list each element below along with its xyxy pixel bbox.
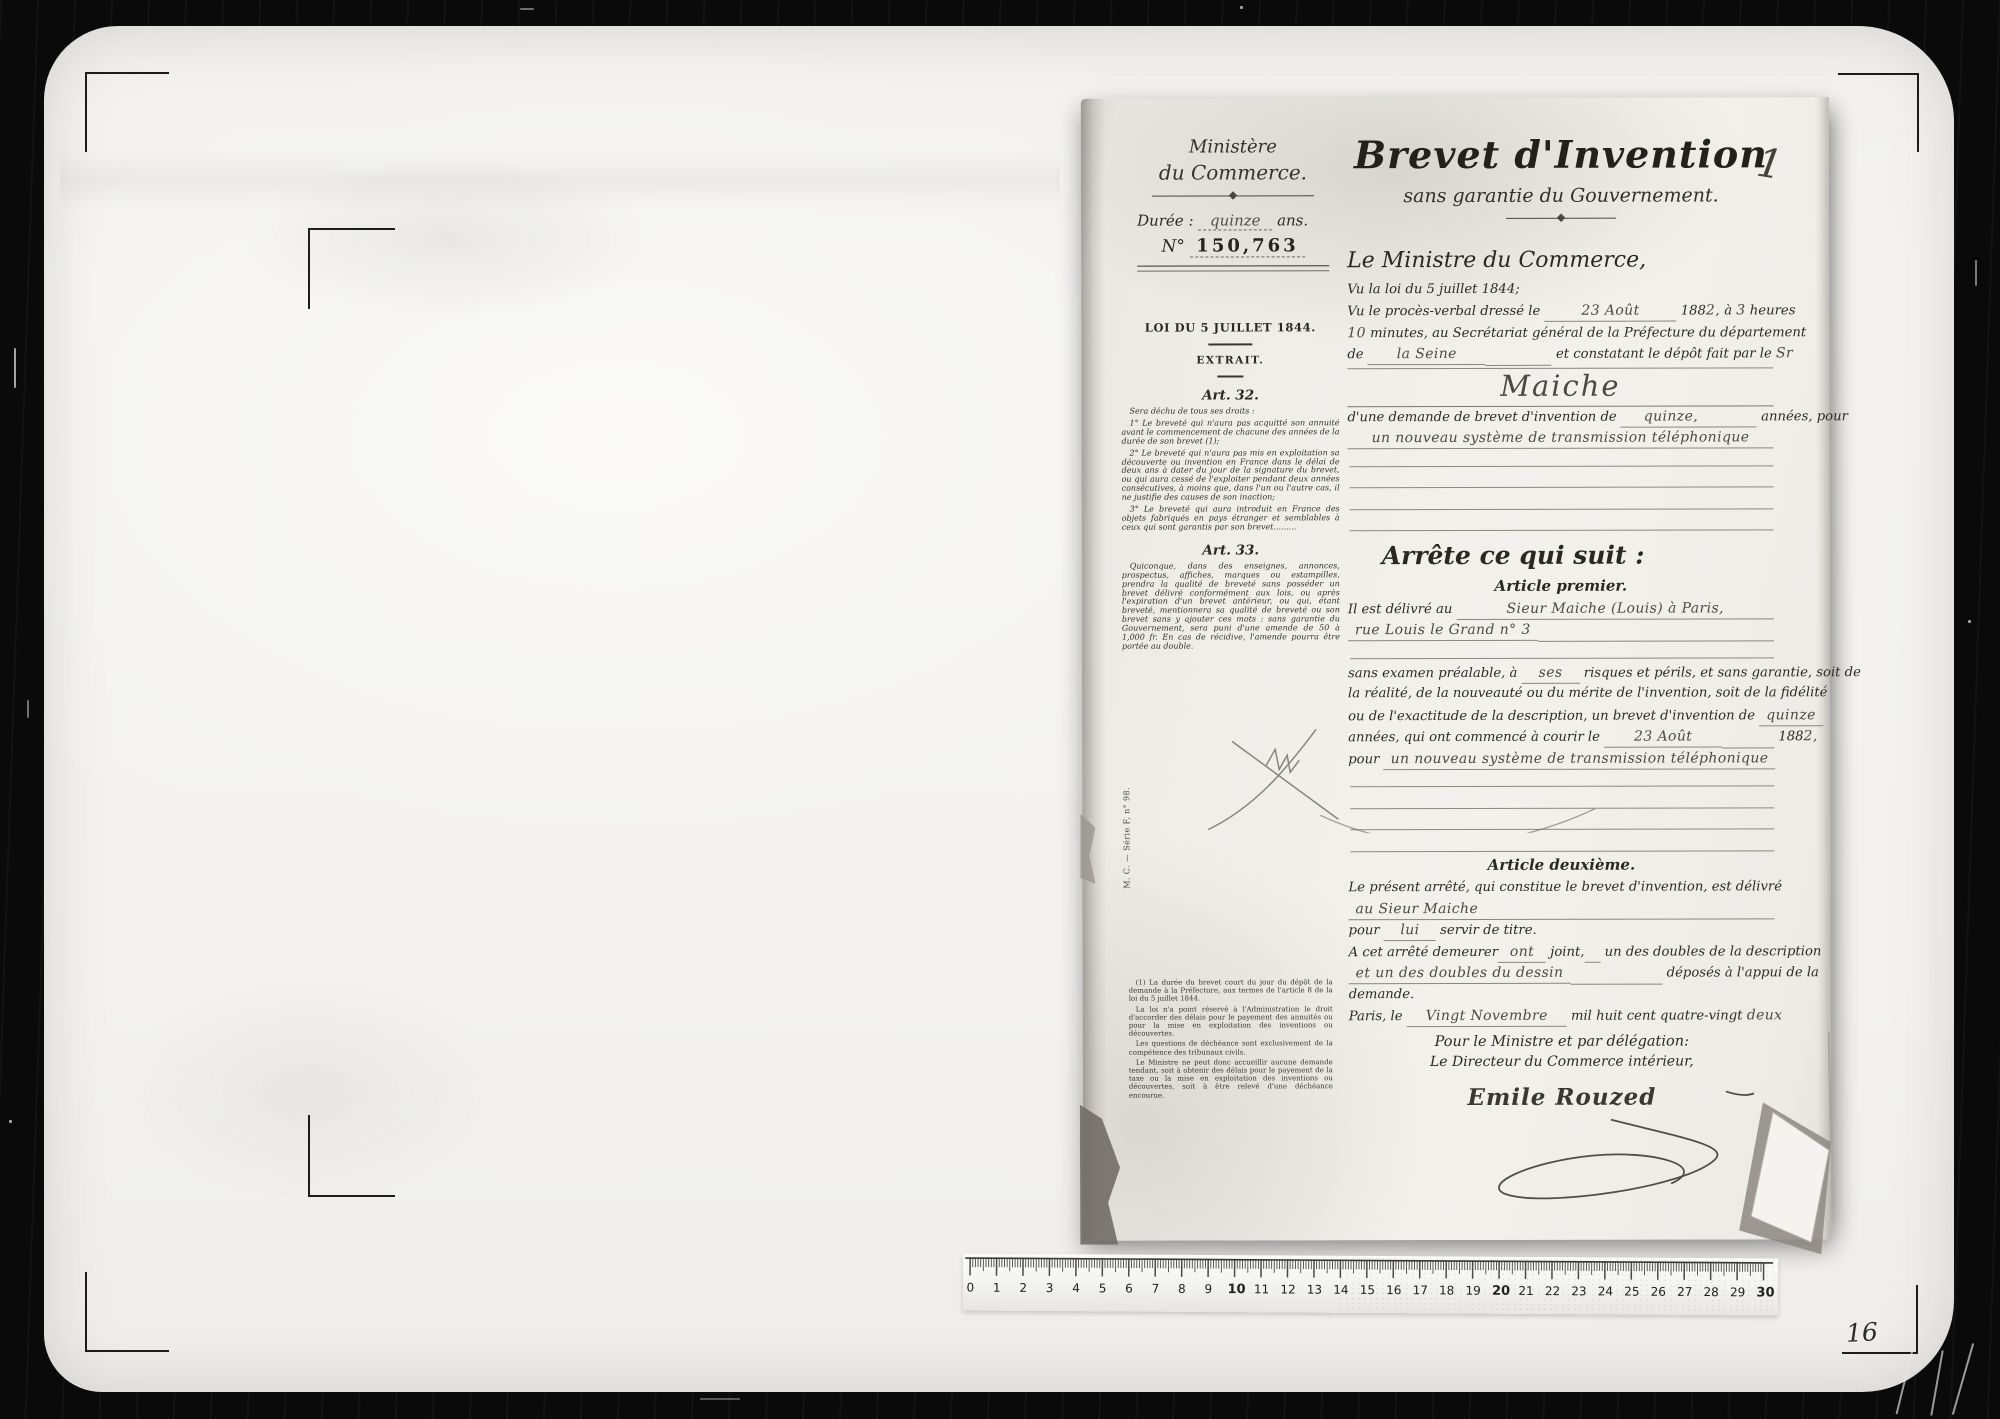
registration-mark-bottom-left-inner	[308, 1115, 395, 1197]
minister-heading: Le Ministre du Commerce,	[1347, 247, 1773, 280]
printed-text: 188	[1676, 302, 1705, 322]
printed-text: 188	[1774, 728, 1803, 748]
pencil-cross-scribble	[1170, 723, 1600, 834]
body-line: au Sieur Maiche	[1348, 898, 1774, 920]
body-line: de la Seine et constatant le dépôt fait …	[1347, 344, 1773, 366]
printed-text: Paris, le	[1349, 1007, 1407, 1027]
document-torn-corner	[1080, 1105, 1120, 1245]
ruler-number: 2	[1019, 1281, 1027, 1295]
handwritten-text: Vingt Novembre	[1407, 1006, 1567, 1027]
ruled-blank-line	[1348, 641, 1774, 663]
film-scratch	[1975, 260, 1977, 286]
printed-text: risques et périls, et sans garantie, soi…	[1580, 663, 1861, 684]
duration-value-handwritten: quinze	[1198, 211, 1272, 230]
decree-heading: Arrête ce qui suit :	[1382, 534, 1774, 577]
ruler-number: 5	[1099, 1281, 1107, 1295]
printed-text: et constatant le dépôt fait par le	[1552, 345, 1776, 365]
printed-text: d'une demande de brevet d'invention de	[1347, 407, 1620, 428]
article-33-heading: Art. 33.	[1122, 542, 1340, 558]
handwritten-text: au Sieur Maiche	[1348, 899, 1485, 920]
document-title: Brevet d'Invention	[1339, 131, 1783, 177]
document-subtitle: sans garantie du Gouvernement.	[1339, 184, 1783, 207]
ruler-number: 1	[993, 1281, 1001, 1295]
delegation-line: Pour le Ministre et par délégation:	[1349, 1034, 1775, 1054]
printed-text: la réalité, de la nouveauté ou du mérite…	[1348, 684, 1827, 705]
handwritten-text: ses	[1522, 663, 1580, 684]
handwritten-text: lui	[1384, 920, 1436, 941]
director-line: Le Directeur du Commerce intérieur,	[1349, 1053, 1775, 1074]
printed-text: Vu le procès-verbal dressé le	[1347, 302, 1544, 322]
film-scratch	[27, 700, 29, 718]
ruler-number: 28	[1704, 1285, 1719, 1299]
printed-text: Vu la loi du 5 juillet 1844;	[1347, 280, 1519, 300]
printed-text: un des doubles de la description	[1600, 942, 1821, 962]
article-heading: Article premier.	[1348, 576, 1774, 599]
printed-text: demande.	[1349, 985, 1415, 1005]
footnote-paragraph: Les questions de déchéance sont exclusiv…	[1129, 1040, 1333, 1057]
dog-ear-fold	[1733, 992, 1834, 1262]
ruler-number: 8	[1178, 1282, 1186, 1296]
rule	[1217, 375, 1243, 377]
handwritten-text: 2,	[1706, 301, 1720, 321]
handwritten-text: et un des doubles du dessin	[1349, 963, 1571, 984]
ruler-number: 9	[1204, 1282, 1212, 1296]
film-speck	[1240, 6, 1243, 9]
blank-underline	[1538, 625, 1774, 641]
ruler-number: 21	[1518, 1284, 1533, 1298]
film-scratch	[1930, 1350, 1943, 1415]
handwritten-text: ont	[1498, 942, 1546, 963]
blank-underline	[1570, 968, 1662, 984]
article-heading: Article deuxième.	[1348, 855, 1774, 878]
footnote-paragraph: La loi n'a point réservé à l'Administrat…	[1129, 1005, 1333, 1038]
registration-mark-bottom-left-outer	[85, 1272, 169, 1352]
body-line: sans examen préalable, à ses risques et …	[1348, 662, 1774, 684]
printed-text: déposés à l'appui de la	[1662, 963, 1818, 983]
ruler-number: 7	[1152, 1282, 1160, 1296]
ruler-number: 16	[1386, 1283, 1401, 1297]
printed-text: heures	[1746, 302, 1796, 322]
ruler-number: 22	[1545, 1284, 1560, 1298]
ruler-number: 6	[1125, 1282, 1133, 1296]
document-body: Le Ministre du Commerce,Vu la loi du 5 j…	[1347, 247, 1775, 1114]
film-scratch	[1952, 1343, 1974, 1415]
ruler-number: 4	[1072, 1281, 1080, 1295]
handwritten-text: 2,	[1803, 726, 1817, 746]
registration-mark-top-left-inner	[308, 228, 395, 309]
form-series-edge-mark: M. C. — Série F, n° 98.	[1122, 777, 1131, 889]
ruler-number: 3	[1046, 1281, 1054, 1295]
body-line: demande.	[1349, 984, 1775, 1006]
ruler-ticks	[963, 1257, 1778, 1286]
footnote-block: (1) La durée du brevet court du jour du …	[1129, 978, 1333, 1101]
blank-underline	[1485, 904, 1774, 921]
ruler-number: 17	[1413, 1283, 1428, 1297]
printed-text: pour	[1349, 922, 1384, 942]
printed-text: à	[1720, 302, 1736, 322]
handwritten-text: quinze	[1759, 705, 1823, 726]
ruler-number: 23	[1571, 1284, 1586, 1298]
printed-text: mil huit cent quatre-vingt	[1567, 1006, 1747, 1026]
duration-row: Durée : quinze ans.	[1117, 211, 1349, 230]
ruled-blank-line	[1348, 834, 1774, 856]
film-speck	[520, 8, 534, 10]
printed-text: Il est délivré au	[1348, 600, 1457, 620]
ruler-number: 25	[1624, 1285, 1639, 1299]
body-line: Paris, le Vingt Novembre mil huit cent q…	[1349, 1005, 1775, 1027]
printed-text: Le présent arrêté, qui constitue le brev…	[1348, 877, 1782, 898]
body-line: rue Louis le Grand n° 3	[1348, 620, 1774, 642]
handwritten-text: quinze,	[1621, 406, 1721, 427]
article-32-item: 2° Le breveté qui n'aura pas mis en expl…	[1122, 449, 1340, 503]
film-speck	[9, 1120, 12, 1123]
blank-underline	[1486, 349, 1552, 365]
body-line: un nouveau système de transmission télép…	[1347, 427, 1773, 449]
ruler-number: 12	[1280, 1282, 1295, 1296]
printed-text: de	[1347, 345, 1367, 365]
body-line: Vu le procès-verbal dressé le 23 Août 18…	[1347, 301, 1773, 323]
page-smudge	[240, 160, 660, 320]
article-33-text: Quiconque, dans des enseignes, annonces,…	[1122, 562, 1340, 652]
ornamental-divider	[1506, 217, 1616, 220]
body-line: Vu la loi du 5 juillet 1844;	[1347, 279, 1773, 301]
printed-text: années, pour	[1757, 407, 1848, 427]
printed-text: joint,	[1546, 942, 1584, 962]
ruled-blank-line	[1348, 470, 1774, 492]
depositor-name-handwritten: Maiche	[1347, 367, 1773, 407]
double-rule	[1137, 265, 1329, 271]
blank-underline	[1584, 947, 1600, 963]
ruler-number: 0	[966, 1281, 974, 1295]
ruler-number: 18	[1439, 1283, 1454, 1297]
article-32-items: 1° Le breveté qui n'aura pas acquitté so…	[1121, 419, 1339, 532]
ruler-number: 13	[1307, 1283, 1322, 1297]
handwritten-text: 10	[1347, 323, 1366, 343]
handwritten-text: 23 Août	[1604, 727, 1722, 748]
handwritten-text: Sieur Maiche (Louis) à Paris,	[1457, 598, 1774, 620]
ruler-number: 14	[1333, 1283, 1348, 1297]
printed-text: A cet arrêté demeurer	[1349, 943, 1498, 963]
ruler-number: 11	[1254, 1282, 1269, 1296]
ruler: 0123456789101112131415161718192021222324…	[963, 1254, 1778, 1316]
law-title: LOI DU 5 JUILLET 1844.	[1121, 320, 1339, 334]
ruled-blank-line	[1348, 513, 1774, 535]
ministry-stamp-block: Ministère du Commerce. Durée : quinze an…	[1117, 136, 1349, 271]
patent-number-value: 150,763	[1190, 235, 1304, 257]
signature-flourish	[1471, 1085, 1761, 1216]
ruler-number: 29	[1730, 1285, 1745, 1299]
body-line: pour lui servir de titre.	[1349, 920, 1775, 942]
patent-document: Ministère du Commerce. Durée : quinze an…	[1081, 97, 1831, 1241]
document-head: Brevet d'Invention sans garantie du Gouv…	[1339, 131, 1783, 220]
handwritten-text: rue Louis le Grand n° 3	[1348, 620, 1538, 641]
duration-label: Durée :	[1137, 212, 1193, 230]
printed-text: minutes, au Secrétariat général de la Pr…	[1366, 323, 1806, 344]
ruled-blank-line	[1348, 449, 1774, 471]
ruler-number: 27	[1677, 1285, 1692, 1299]
body-line: d'une demande de brevet d'invention de q…	[1347, 406, 1773, 428]
registration-mark-top-right	[1838, 73, 1919, 152]
body-line: et un des doubles du dessin déposés à l'…	[1349, 962, 1775, 984]
handwritten-text: un nouveau système de transmission télép…	[1347, 427, 1773, 449]
article-32-heading: Art. 32.	[1121, 387, 1339, 403]
blank-underline	[1721, 411, 1757, 427]
ruler-number: 20	[1492, 1284, 1510, 1299]
ministry-name-line2: du Commerce.	[1117, 160, 1349, 184]
film-scratch	[14, 348, 16, 388]
blank-underline	[1722, 732, 1774, 748]
rule	[1208, 343, 1252, 345]
film-scratch	[700, 1398, 740, 1400]
body-line: 10 minutes, au Secrétariat général de la…	[1347, 322, 1773, 344]
film-speck	[1968, 620, 1971, 623]
ornamental-divider	[1152, 194, 1314, 197]
article-32-intro: Sera déchu de tous ses droits :	[1121, 407, 1339, 416]
frame-number: 16	[1845, 1317, 1878, 1348]
body-line: A cet arrêté demeureront joint, un des d…	[1349, 941, 1775, 963]
article-32-item: 3° Le breveté qui aura introduit en Fran…	[1122, 505, 1340, 532]
handwritten-text: la Seine	[1368, 344, 1486, 365]
footnote-paragraph: Le Ministre ne peut donc accueillir aucu…	[1129, 1058, 1333, 1099]
body-line: Il est délivré au Sieur Maiche (Louis) à…	[1348, 598, 1774, 620]
ruler-number: 15	[1360, 1283, 1375, 1297]
printed-text: servir de titre.	[1436, 921, 1537, 941]
ruled-blank-line	[1348, 491, 1774, 513]
patent-number-label: N°	[1161, 237, 1184, 257]
footnote-paragraph: (1) La durée du brevet court du jour du …	[1129, 978, 1333, 1003]
extract-label: EXTRAIT.	[1121, 354, 1339, 366]
ruler-number: 10	[1227, 1282, 1245, 1297]
handwritten-text: 23 Août	[1544, 301, 1676, 322]
ruler-number: 26	[1651, 1285, 1666, 1299]
body-line: la réalité, de la nouveauté ou du mérite…	[1348, 684, 1774, 706]
article-32-item: 1° Le breveté qui n'aura pas acquitté so…	[1121, 419, 1339, 446]
ruler-number: 24	[1598, 1284, 1613, 1298]
microfilm-frame: Ministère du Commerce. Durée : quinze an…	[0, 0, 2000, 1419]
body-line: Le présent arrêté, qui constitue le brev…	[1348, 877, 1774, 899]
duration-unit: ans.	[1277, 211, 1308, 229]
ministry-name-line1: Ministère	[1117, 136, 1349, 157]
printed-text: sans examen préalable, à	[1348, 664, 1522, 684]
ruler-number: 30	[1756, 1285, 1774, 1300]
law-extract-column: LOI DU 5 JUILLET 1844. EXTRAIT. Art. 32.…	[1121, 320, 1340, 654]
handwritten-text: 3	[1736, 301, 1745, 321]
document-spine-shadow	[1081, 99, 1107, 1241]
ruler-number: 19	[1465, 1284, 1480, 1298]
handwritten-text: Sr	[1776, 343, 1793, 363]
patent-number-row: N° 150,763	[1117, 235, 1349, 256]
registration-mark-top-left-outer	[85, 72, 169, 152]
